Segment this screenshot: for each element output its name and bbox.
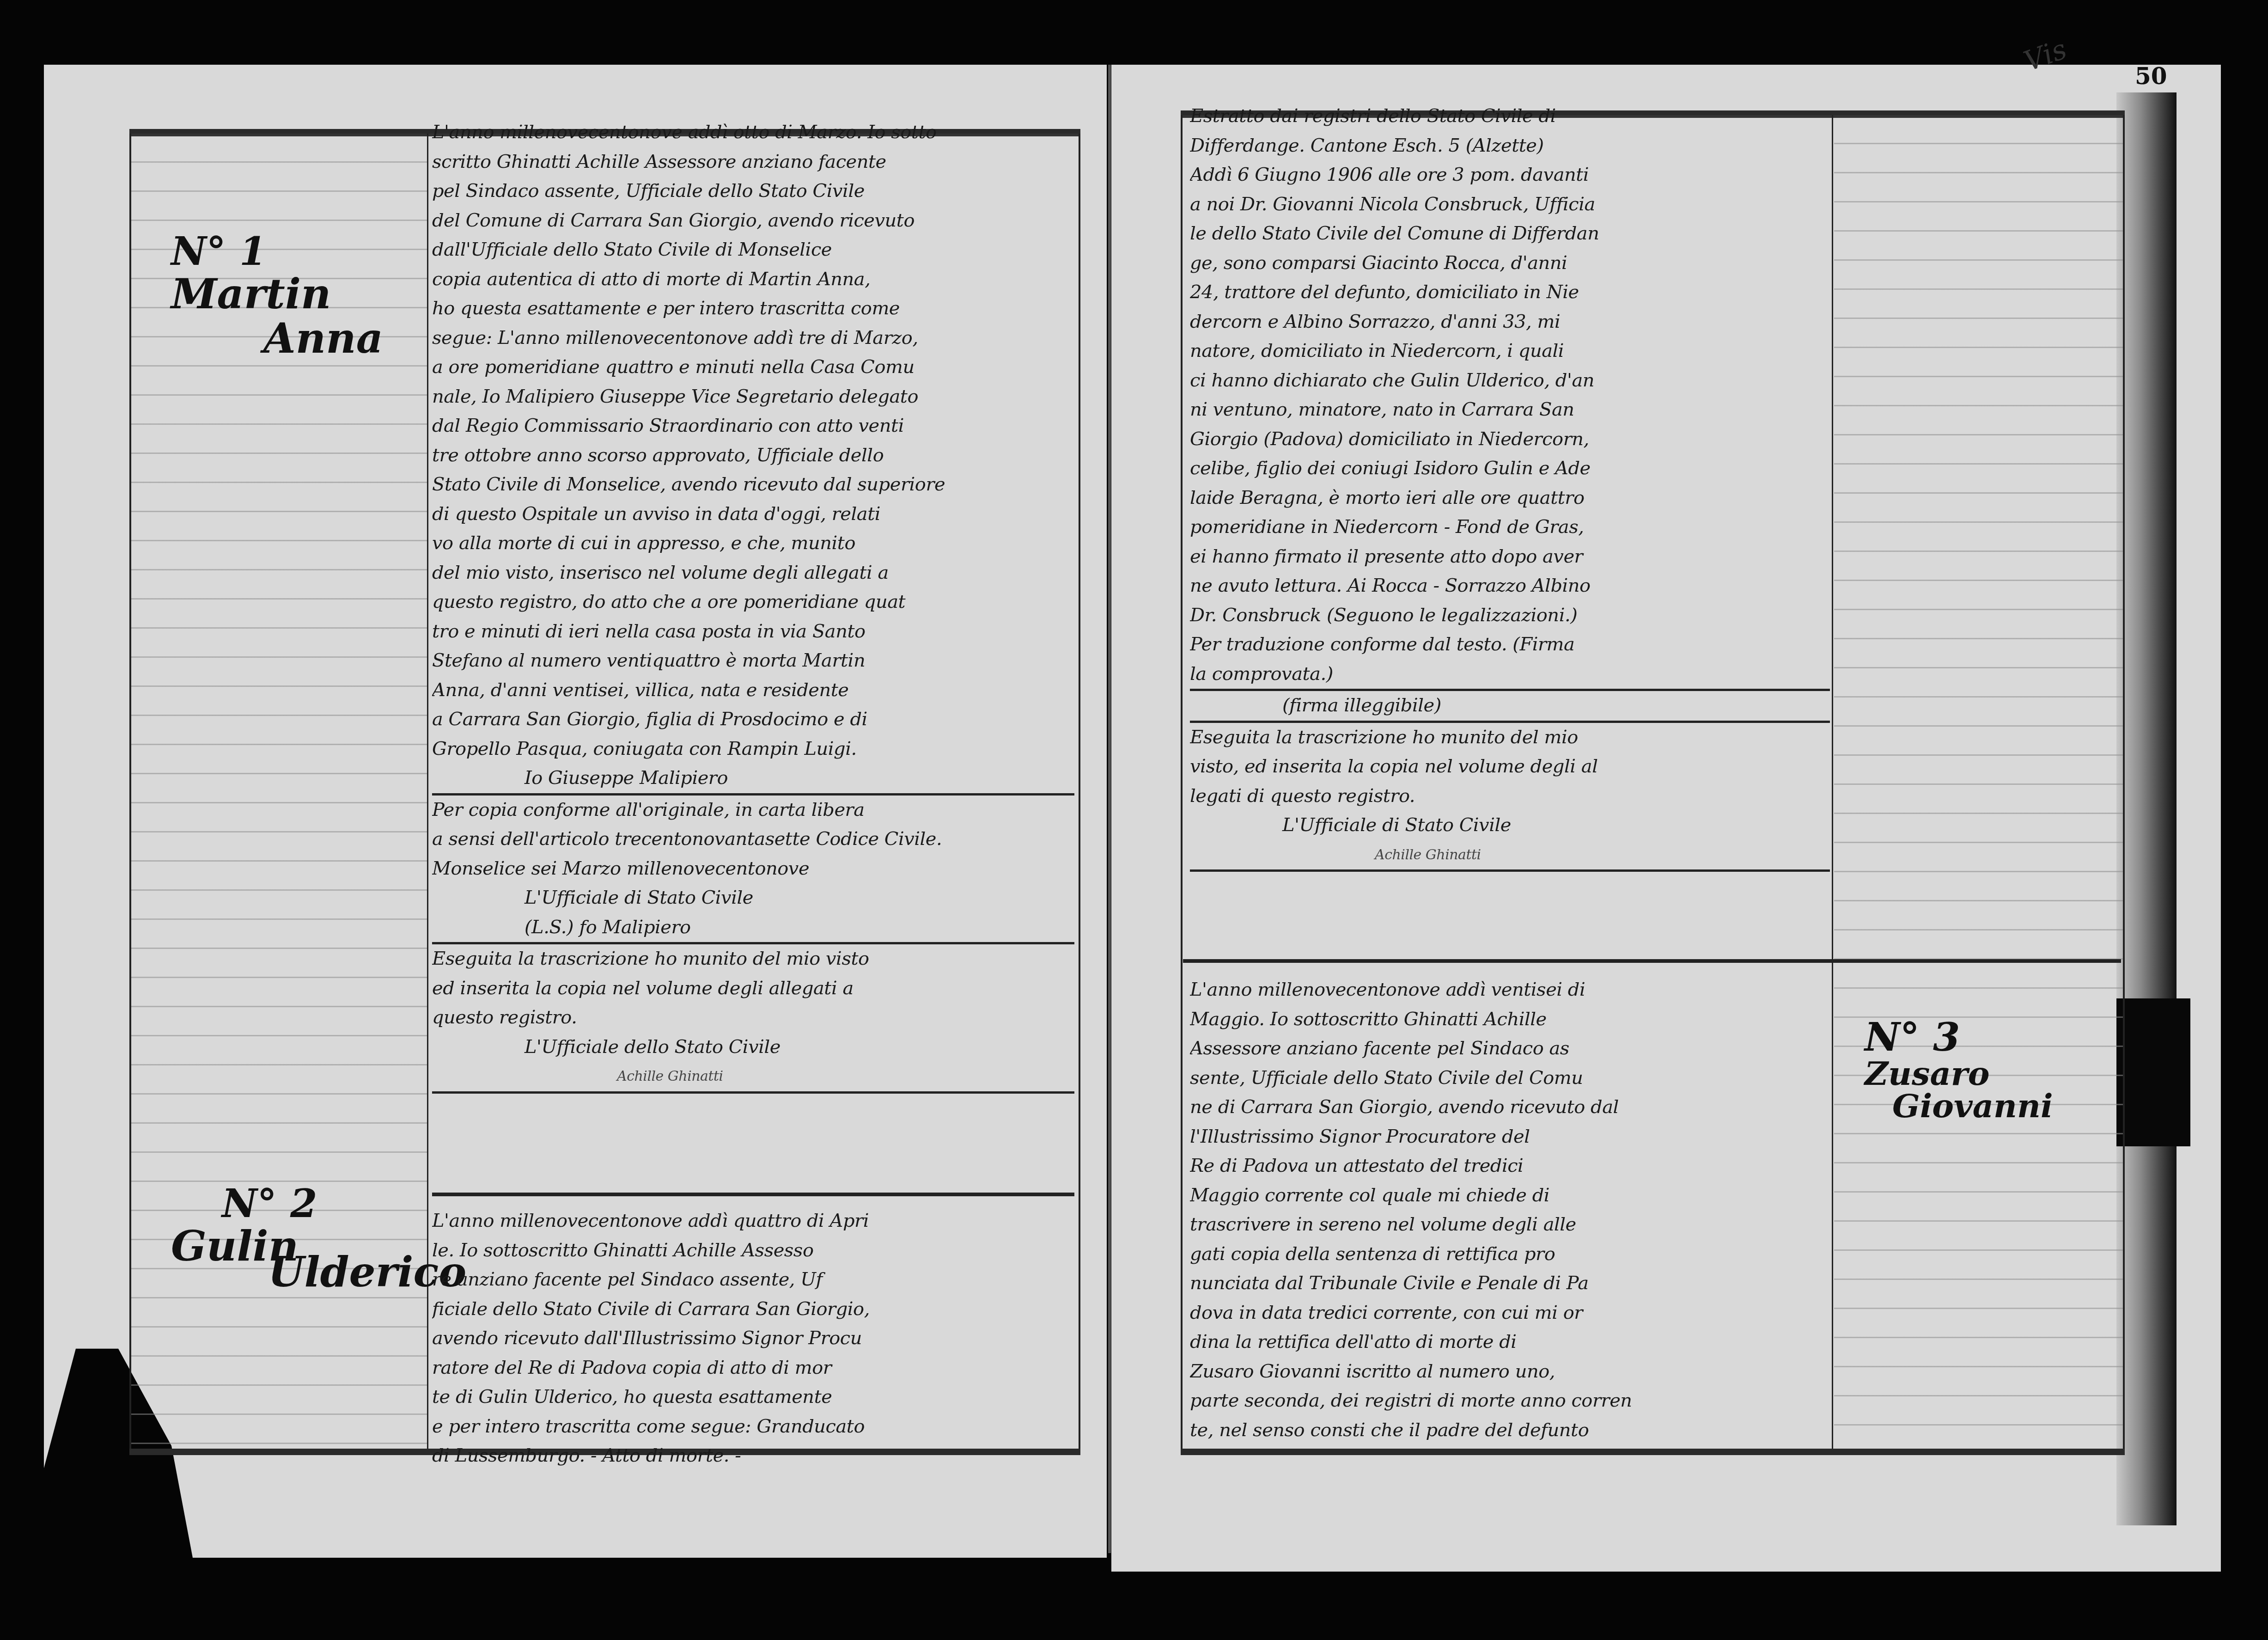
text-line: del mio visto, inserisco nel volume degl… bbox=[432, 558, 1074, 588]
text-line: la comprovata.) bbox=[1190, 660, 1830, 691]
text-line: ni ventuno, minatore, nato in Carrara Sa… bbox=[1190, 395, 1830, 425]
text-line: tre ottobre anno scorso approvato, Uffic… bbox=[432, 441, 1074, 471]
entry-2-label: N° 2 Gulin Ulderico bbox=[171, 1183, 466, 1294]
text-line: Per traduzione conforme dal testo. (Firm… bbox=[1190, 630, 1830, 660]
text-line: l'Illustrissimo Signor Procuratore del bbox=[1190, 1122, 1830, 1152]
page-edge-shadow bbox=[2116, 92, 2177, 1525]
text-line: L'anno millenovecentonove addì otto di M… bbox=[432, 118, 1074, 147]
text-line: questo registro, do atto che a ore pomer… bbox=[432, 587, 1074, 617]
entry-2-text: L'anno millenovecentonove addì quattro d… bbox=[432, 1206, 1074, 1471]
text-line: ficiale dello Stato Civile di Carrara Sa… bbox=[432, 1295, 1074, 1324]
signature-line: (firma illeggibile) bbox=[1190, 691, 1830, 723]
page-number: 50 bbox=[2135, 62, 2167, 90]
text-line: Maggio. Io sottoscritto Ghinatti Achille bbox=[1190, 1005, 1830, 1034]
entry-1-text: L'anno millenovecentonove addì otto di M… bbox=[432, 118, 1074, 1094]
entry-number: N° 3 bbox=[1865, 1017, 2053, 1058]
entry-given-name: Anna bbox=[171, 316, 383, 361]
text-line: te di Gulin Ulderico, ho questa esattame… bbox=[432, 1383, 1074, 1412]
entry-divider bbox=[432, 1193, 1074, 1196]
text-line: le dello Stato Civile del Comune di Diff… bbox=[1190, 219, 1830, 249]
label-column-rules bbox=[1834, 115, 2123, 1449]
signature-line: Achille Ghinatti bbox=[432, 1062, 1074, 1094]
text-line: Re di Padova un attestato del tredici bbox=[1190, 1151, 1830, 1181]
text-line: tro e minuti di ieri nella casa posta in… bbox=[432, 617, 1074, 647]
entry-surname: Martin bbox=[171, 272, 383, 316]
text-line: ei hanno firmato il presente atto dopo a… bbox=[1190, 542, 1830, 572]
text-line: Addì 6 Giugno 1906 alle ore 3 pom. davan… bbox=[1190, 160, 1830, 190]
text-line: ed inserita la copia nel volume degli al… bbox=[432, 974, 1074, 1004]
entry-number: N° 1 bbox=[171, 231, 383, 272]
text-line: nunciata dal Tribunale Civile e Penale d… bbox=[1190, 1269, 1830, 1298]
text-line: le. Io sottoscritto Ghinatti Achille Ass… bbox=[432, 1236, 1074, 1266]
entry-1-label: N° 1 Martin Anna bbox=[171, 231, 383, 361]
text-line: questo registro. bbox=[432, 1003, 1074, 1033]
text-line: L'anno millenovecentonove addì ventisei … bbox=[1190, 975, 1830, 1005]
official-title: L'Ufficiale di Stato Civile bbox=[432, 883, 1074, 913]
text-line: 24, trattore del defunto, domiciliato in… bbox=[1190, 278, 1830, 307]
text-line: a noi Dr. Giovanni Nicola Consbruck, Uff… bbox=[1190, 190, 1830, 220]
text-line: Stefano al numero ventiquattro è morta M… bbox=[432, 646, 1074, 676]
text-line: dall'Ufficiale dello Stato Civile di Mon… bbox=[432, 235, 1074, 265]
text-line: e per intero trascritta come segue: Gran… bbox=[432, 1412, 1074, 1442]
entry-number: N° 2 bbox=[171, 1183, 466, 1224]
official-title: L'Ufficiale dello Stato Civile bbox=[432, 1033, 1074, 1062]
text-line: a ore pomeridiane quattro e minuti nella… bbox=[432, 353, 1074, 382]
text-line: Differdange. Cantone Esch. 5 (Alzette) bbox=[1190, 131, 1830, 161]
column-separator bbox=[1832, 115, 1833, 1449]
entry-surname: Zusaro bbox=[1865, 1058, 2053, 1090]
official-title: L'Ufficiale di Stato Civile bbox=[1190, 811, 1830, 840]
text-line: nale, Io Malipiero Giuseppe Vice Segreta… bbox=[432, 382, 1074, 412]
text-line: di Lussemburgo. - Atto di morte. - bbox=[432, 1441, 1074, 1471]
text-line: dina la rettifica dell'atto di morte di bbox=[1190, 1328, 1830, 1357]
text-line: a Carrara San Giorgio, figlia di Prosdoc… bbox=[432, 705, 1074, 734]
text-line: ge, sono comparsi Giacinto Rocca, d'anni bbox=[1190, 249, 1830, 278]
text-line: Per copia conforme all'originale, in car… bbox=[432, 796, 1074, 825]
signature-line: Achille Ghinatti bbox=[1190, 840, 1830, 872]
text-line: segue: L'anno millenovecentonove addì tr… bbox=[432, 324, 1074, 353]
entry-3-text: L'anno millenovecentonove addì ventisei … bbox=[1190, 975, 1830, 1445]
text-line: re anziano facente pel Sindaco assente, … bbox=[432, 1265, 1074, 1295]
text-line: Dr. Consbruck (Seguono le legalizzazioni… bbox=[1190, 601, 1830, 630]
text-line: celibe, figlio dei coniugi Isidoro Gulin… bbox=[1190, 454, 1830, 483]
text-line: L'anno millenovecentonove addì quattro d… bbox=[432, 1206, 1074, 1236]
text-line: gati copia della sentenza di rettifica p… bbox=[1190, 1240, 1830, 1269]
text-line: Maggio corrente col quale mi chiede di bbox=[1190, 1181, 1830, 1211]
entry-2-transcript-text: Estratto dai registri dello Stato Civile… bbox=[1190, 102, 1830, 872]
text-line: parte seconda, dei registri di morte ann… bbox=[1190, 1386, 1830, 1416]
text-line: laide Beragna, è morto ieri alle ore qua… bbox=[1190, 483, 1830, 513]
text-line: sente, Ufficiale dello Stato Civile del … bbox=[1190, 1064, 1830, 1093]
text-line: visto, ed inserita la copia nel volume d… bbox=[1190, 752, 1830, 782]
text-line: Giorgio (Padova) domiciliato in Niederco… bbox=[1190, 425, 1830, 454]
text-line: del Comune di Carrara San Giorgio, avend… bbox=[432, 206, 1074, 236]
text-line: Eseguita la trascrizione ho munito del m… bbox=[1190, 723, 1830, 753]
text-line: ci hanno dichiarato che Gulin Ulderico, … bbox=[1190, 366, 1830, 396]
signature-line: (L.S.) fo Malipiero bbox=[432, 913, 1074, 945]
text-line: vo alla morte di cui in appresso, e che,… bbox=[432, 529, 1074, 558]
text-line: avendo ricevuto dall'Illustrissimo Signo… bbox=[432, 1324, 1074, 1353]
text-line: Assessore anziano facente pel Sindaco as bbox=[1190, 1034, 1830, 1064]
text-line: copia autentica di atto di morte di Mart… bbox=[432, 265, 1074, 294]
text-line: Anna, d'anni ventisei, villica, nata e r… bbox=[432, 676, 1074, 705]
entry-divider bbox=[1183, 959, 2121, 963]
text-line: dova in data tredici corrente, con cui m… bbox=[1190, 1298, 1830, 1328]
text-line: Eseguita la trascrizione ho munito del m… bbox=[432, 944, 1074, 974]
text-line: ne avuto lettura. Ai Rocca - Sorrazzo Al… bbox=[1190, 571, 1830, 601]
signature-line: Io Giuseppe Malipiero bbox=[432, 764, 1074, 796]
text-line: Monselice sei Marzo millenovecentonove bbox=[432, 854, 1074, 884]
book-spine bbox=[1108, 65, 1111, 1553]
text-line: Stato Civile di Monselice, avendo ricevu… bbox=[432, 470, 1074, 500]
text-line: Estratto dai registri dello Stato Civile… bbox=[1190, 102, 1830, 131]
text-line: dercorn e Albino Sorrazzo, d'anni 33, mi bbox=[1190, 307, 1830, 337]
text-line: ne di Carrara San Giorgio, avendo ricevu… bbox=[1190, 1093, 1830, 1122]
text-line: pomeridiane in Niedercorn - Fond de Gras… bbox=[1190, 513, 1830, 542]
text-line: scritto Ghinatti Achille Assessore anzia… bbox=[432, 147, 1074, 177]
text-line: Zusaro Giovanni iscritto al numero uno, bbox=[1190, 1357, 1830, 1387]
text-line: di questo Ospitale un avviso in data d'o… bbox=[432, 500, 1074, 529]
text-line: trascrivere in sereno nel volume degli a… bbox=[1190, 1210, 1830, 1240]
text-line: a sensi dell'articolo trecentonovantaset… bbox=[432, 825, 1074, 854]
text-line: natore, domiciliato in Niedercorn, i qua… bbox=[1190, 337, 1830, 366]
text-line: pel Sindaco assente, Ufficiale dello Sta… bbox=[432, 177, 1074, 206]
text-line: ratore del Re di Padova copia di atto di… bbox=[432, 1353, 1074, 1383]
text-line: legati di questo registro. bbox=[1190, 782, 1830, 811]
text-line: Gropello Pasqua, coniugata con Rampin Lu… bbox=[432, 734, 1074, 764]
text-line: te, nel senso consti che il padre del de… bbox=[1190, 1416, 1830, 1445]
text-line: dal Regio Commissario Straordinario con … bbox=[432, 411, 1074, 441]
entry-given-name: Giovanni bbox=[1865, 1090, 2053, 1122]
black-tab-marker bbox=[2116, 998, 2190, 1146]
entry-3-label: N° 3 Zusaro Giovanni bbox=[1865, 1017, 2053, 1122]
text-line: ho questa esattamente e per intero trasc… bbox=[432, 294, 1074, 324]
